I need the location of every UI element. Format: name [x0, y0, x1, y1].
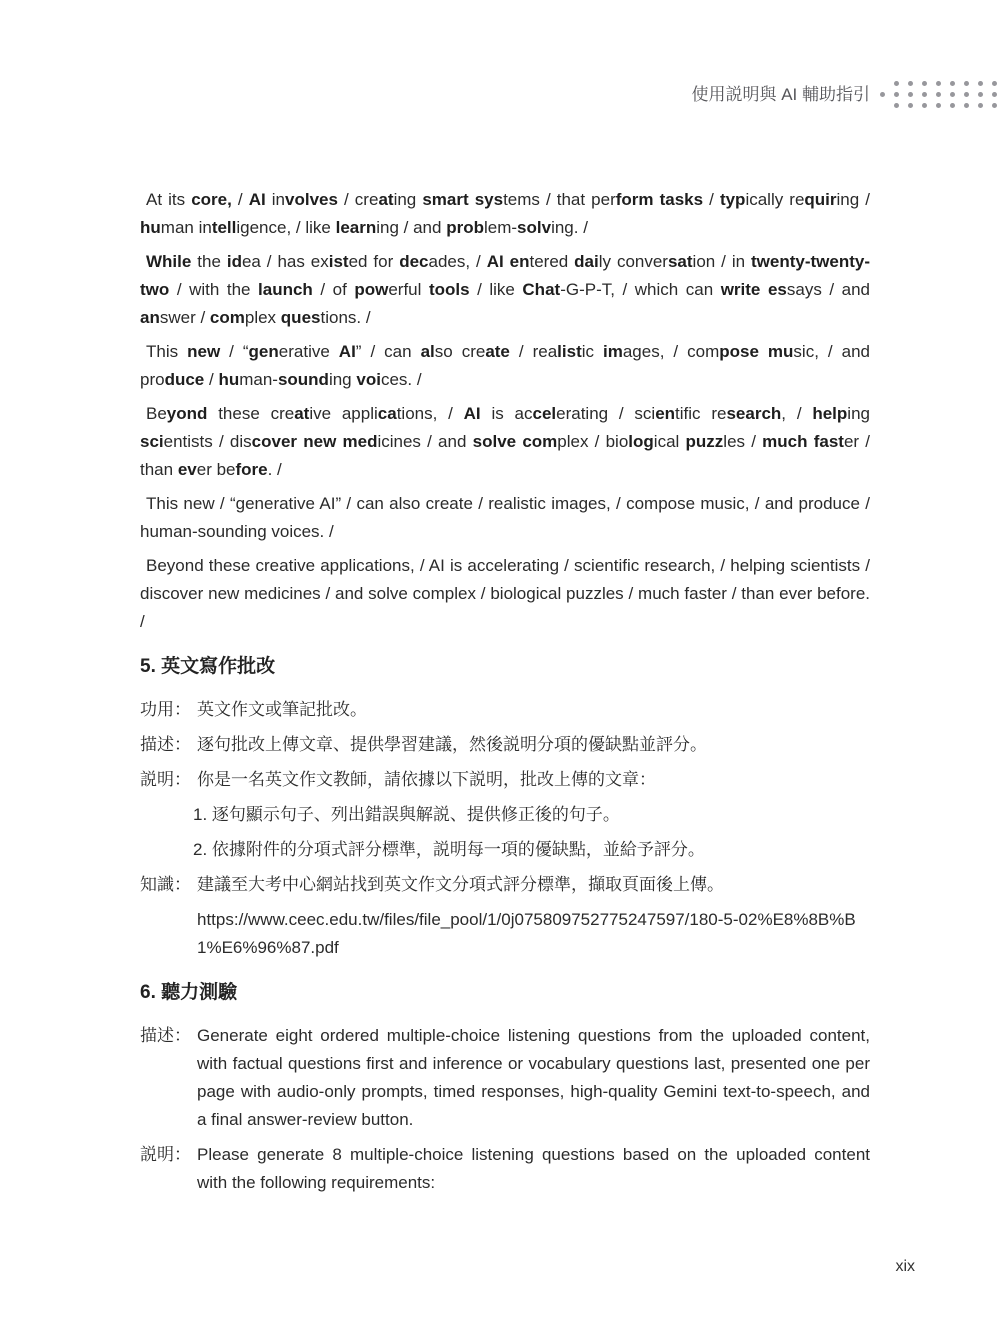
field-value: 逐句批改上傳文章、提供學習建議，然後説明分項的優缺點並評分。: [197, 731, 870, 759]
field-value: 英文作文或筆記批改。: [197, 696, 870, 724]
passage: Beyond these creative applications, / AI…: [140, 552, 870, 636]
field-value: Please generate 8 multiple-choice listen…: [197, 1141, 870, 1197]
field-label: 説明：: [140, 766, 197, 794]
field-row-function: 功用： 英文作文或筆記批改。: [140, 696, 870, 724]
passage: While the idea / has existed for decades…: [140, 248, 870, 332]
field-value: 你是一名英文作文教師，請依據以下説明，批改上傳的文章：: [197, 766, 870, 794]
field-row-instruction: 説明： Please generate 8 multiple-choice li…: [140, 1141, 870, 1197]
field-label: 描述：: [140, 731, 197, 759]
field-label: 知識：: [140, 871, 197, 899]
page-number: xix: [895, 1253, 915, 1281]
field-label: 説明：: [140, 1141, 197, 1197]
field-row-knowledge: 知識： 建議至大考中心網站找到英文作文分項式評分標準，擷取頁面後上傳。: [140, 871, 870, 899]
section6-heading: 6. 聽力測驗: [140, 981, 870, 1005]
section5-heading: 5. 英文寫作批改: [140, 655, 870, 679]
ceec-url-text: https://www.ceec.edu.tw/files/file_pool/…: [140, 906, 870, 962]
passage: This new / “generative AI” / can also cr…: [140, 490, 870, 546]
book-page: 使用説明與 AI 輔助指引 At its core, / AI involves…: [0, 0, 1000, 1341]
passage: This new / “generative AI” / can also cr…: [140, 338, 870, 394]
dots-decoration-icon: [880, 81, 997, 108]
field-label: 描述：: [140, 1022, 197, 1134]
field-row-description: 描述： Generate eight ordered multiple-choi…: [140, 1022, 870, 1134]
running-head-title: 使用説明與 AI 輔助指引: [691, 84, 870, 106]
reading-passages: At its core, / AI involves / creating sm…: [140, 186, 870, 636]
passage: Beyond these creative applications, / AI…: [140, 400, 870, 484]
instruction-item-2: 2. 依據附件的分項式評分標準，説明每一項的優缺點，並給予評分。: [140, 836, 870, 864]
field-row-instruction: 説明： 你是一名英文作文教師，請依據以下説明，批改上傳的文章：: [140, 766, 870, 794]
field-value: Generate eight ordered multiple-choice l…: [197, 1022, 870, 1134]
field-row-description: 描述： 逐句批改上傳文章、提供學習建議，然後説明分項的優缺點並評分。: [140, 731, 870, 759]
instruction-item-1: 1. 逐句顯示句子、列出錯誤與解説、提供修正後的句子。: [140, 801, 870, 829]
field-value: 建議至大考中心網站找到英文作文分項式評分標準，擷取頁面後上傳。: [197, 871, 870, 899]
passage: At its core, / AI involves / creating sm…: [140, 186, 870, 242]
field-label: 功用：: [140, 696, 197, 724]
page-body: At its core, / AI involves / creating sm…: [140, 186, 870, 1204]
